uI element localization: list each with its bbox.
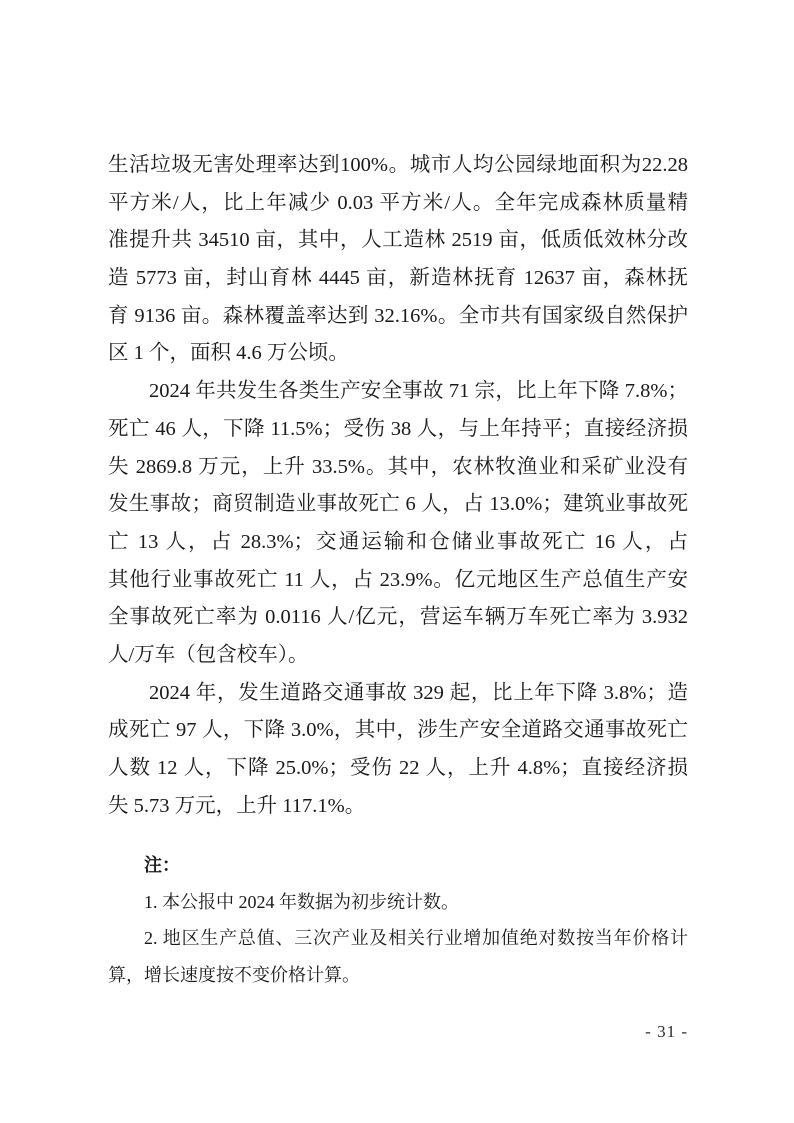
- para2-line3: 失 2869.8 万元，上升 33.5%。其中，农林牧渔业和采矿业没有: [108, 449, 688, 487]
- para2-line6: 其他行业事故死亡 11 人，占 23.9%。亿元地区生产总值生产安: [108, 562, 688, 600]
- note-2-line-1: 2. 地区生产总值、三次产业及相关行业增加值绝对数按当年价格计: [108, 920, 688, 957]
- para2-line1: 2024 年共发生各类生产安全事故 71 宗，比上年下降 7.8%；: [108, 373, 688, 411]
- para1-line6: 区 1 个，面积 4.6 万公顷。: [108, 335, 688, 373]
- para3-line2: 成死亡 97 人，下降 3.0%，其中，涉生产安全道路交通事故死亡: [108, 712, 688, 750]
- para3-line3: 人数 12 人，下降 25.0%；受伤 22 人，上升 4.8%；直接经济损: [108, 750, 688, 788]
- page-number: - 31 -: [0, 1022, 688, 1042]
- notes-section: 注： 1. 本公报中 2024 年数据为初步统计数。 2. 地区生产总值、三次产…: [108, 847, 688, 993]
- para1-line2: 平方米/人，比上年减少 0.03 平方米/人。全年完成森林质量精: [108, 185, 688, 223]
- para2-line4: 发生事故；商贸制造业事故死亡 6 人，占 13.0%；建筑业事故死: [108, 486, 688, 524]
- note-2-line-2: 算，增长速度按不变价格计算。: [108, 957, 688, 994]
- para2-line7: 全事故死亡率为 0.0116 人/亿元，营运车辆万车死亡率为 3.932: [108, 599, 688, 637]
- para2-line2: 死亡 46 人，下降 11.5%；受伤 38 人，与上年持平；直接经济损: [108, 411, 688, 449]
- paragraph-work-safety: 2024 年共发生各类生产安全事故 71 宗，比上年下降 7.8%； 死亡 46…: [108, 373, 688, 675]
- para2-line8: 人/万车（包含校车）。: [108, 637, 688, 675]
- para1-line1: 生活垃圾无害处理率达到100%。城市人均公园绿地面积为22.28: [108, 147, 688, 185]
- document-page: 生活垃圾无害处理率达到100%。城市人均公园绿地面积为22.28 平方米/人，比…: [0, 0, 794, 1123]
- para1-line5: 育 9136 亩。森林覆盖率达到 32.16%。全市共有国家级自然保护: [108, 298, 688, 336]
- notes-heading: 注：: [108, 847, 688, 884]
- paragraph-road-traffic: 2024 年，发生道路交通事故 329 起，比上年下降 3.8%；造 成死亡 9…: [108, 675, 688, 826]
- note-1: 1. 本公报中 2024 年数据为初步统计数。: [108, 884, 688, 921]
- para3-line1: 2024 年，发生道路交通事故 329 起，比上年下降 3.8%；造: [108, 675, 688, 713]
- para1-line3: 准提升共 34510 亩，其中，人工造林 2519 亩，低质低效林分改: [108, 222, 688, 260]
- text-block: 生活垃圾无害处理率达到100%。城市人均公园绿地面积为22.28 平方米/人，比…: [108, 147, 688, 993]
- para3-line4: 失 5.73 万元，上升 117.1%。: [108, 788, 688, 826]
- para2-line5: 亡 13 人，占 28.3%；交通运输和仓储业事故死亡 16 人，占 34.8%…: [108, 524, 688, 562]
- paragraph-environment-greening: 生活垃圾无害处理率达到100%。城市人均公园绿地面积为22.28 平方米/人，比…: [108, 147, 688, 373]
- para1-line4: 造 5773 亩，封山育林 4445 亩，新造林抚育 12637 亩，森林抚: [108, 260, 688, 298]
